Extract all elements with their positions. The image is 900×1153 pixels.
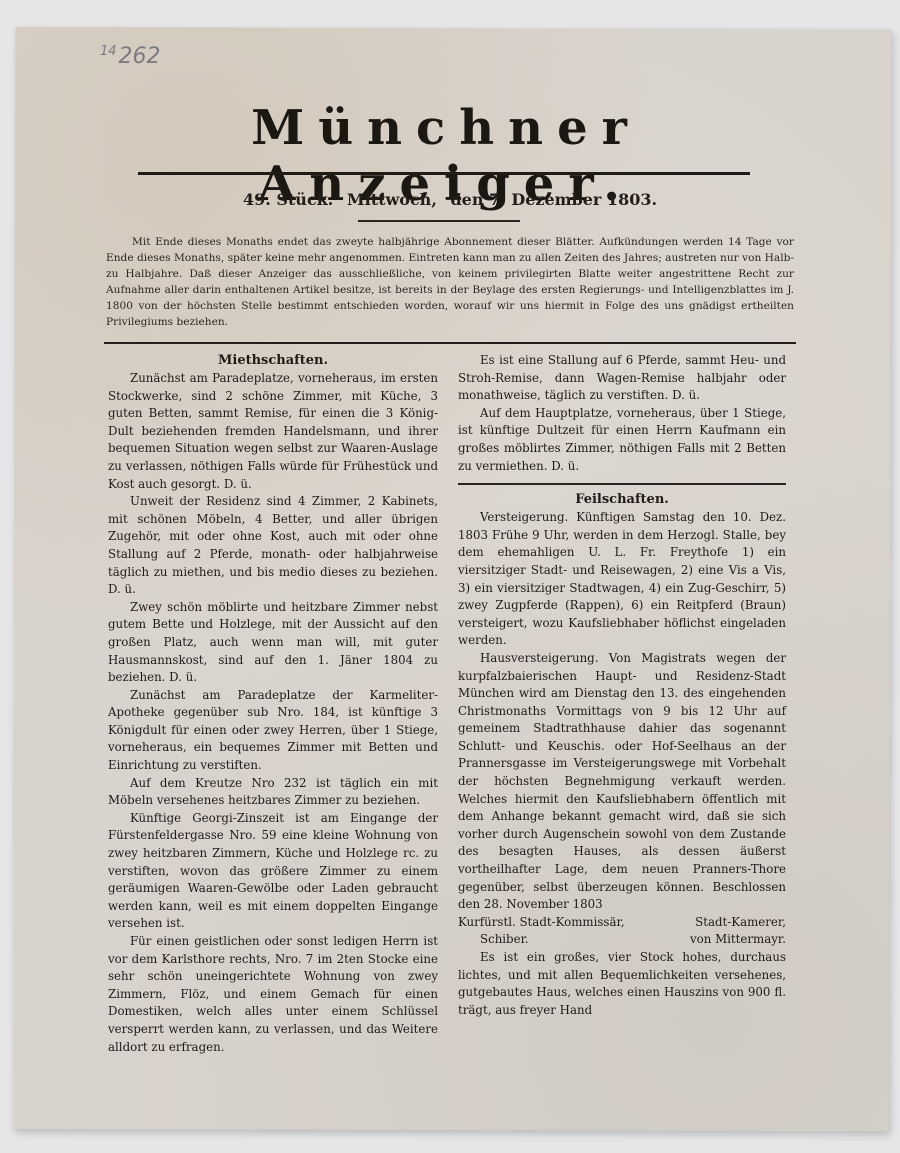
issue-number: 49. Stück. bbox=[243, 190, 333, 209]
subscription-notice: Mit Ende dieses Monaths endet das zweyte… bbox=[106, 234, 794, 330]
listing-paragraph: Zunächst am Paradeplatze der Karmeliter-… bbox=[108, 687, 438, 775]
listing-paragraph: Künftige Georgi-Zinszeit ist am Eingange… bbox=[108, 810, 438, 933]
listing-paragraph: Auf dem Kreutze Nro 232 ist täglich ein … bbox=[108, 775, 438, 810]
signature-names: Schiber. von Mittermayr. bbox=[458, 931, 786, 949]
auction-paragraph: Hausversteigerung. Von Magistrats wegen … bbox=[458, 650, 786, 914]
archive-note-number: 262 bbox=[119, 44, 161, 69]
listing-paragraph: Zwey schön möblirte und heitzbare Zimmer… bbox=[108, 599, 438, 687]
masthead-rule bbox=[138, 172, 750, 175]
right-column: Es ist eine Stallung auf 6 Pferde, sammt… bbox=[458, 352, 786, 1019]
section-rule bbox=[104, 342, 796, 344]
signature-left-title: Kurfürstl. Stadt-Kommissär, bbox=[458, 914, 625, 932]
listing-paragraph: Für einen geistlichen oder sonst ledigen… bbox=[108, 933, 438, 1056]
issue-line: 49. Stück. Mittwoch, den 7. Dezember 180… bbox=[100, 190, 800, 209]
issue-date: den 7. Dezember 1803. bbox=[450, 190, 657, 209]
house-sale-paragraph: Es ist ein großes, vier Stock hohes, dur… bbox=[458, 949, 786, 1019]
signature-right-name: von Mittermayr. bbox=[690, 931, 786, 949]
listing-paragraph: Es ist eine Stallung auf 6 Pferde, sammt… bbox=[458, 352, 786, 405]
issue-weekday: Mittwoch, bbox=[347, 190, 437, 209]
archive-pencil-note: 14262 bbox=[100, 44, 161, 69]
auction-paragraph: Versteigerung. Künftigen Samstag den 10.… bbox=[458, 509, 786, 650]
signature-left-name: Schiber. bbox=[480, 931, 529, 949]
signature-titles: Kurfürstl. Stadt-Kommissär, Stadt-Kamere… bbox=[458, 914, 786, 932]
section-heading-feilschaften: Feilschaften. bbox=[458, 491, 786, 509]
listing-paragraph: Zunächst am Paradeplatze, vorneheraus, i… bbox=[108, 370, 438, 493]
signature-right-title: Stadt-Kamerer, bbox=[695, 914, 786, 932]
listing-paragraph: Auf dem Hauptplatze, vorneheraus, über 1… bbox=[458, 405, 786, 475]
issue-rule bbox=[358, 220, 520, 222]
section-heading-miethschaften: Miethschaften. bbox=[108, 352, 438, 370]
listing-paragraph: Unweit der Residenz sind 4 Zimmer, 2 Kab… bbox=[108, 493, 438, 599]
archive-note-prefix: 14 bbox=[100, 44, 117, 59]
column-rule bbox=[458, 483, 786, 485]
left-column: Miethschaften. Zunächst am Paradeplatze,… bbox=[108, 352, 438, 1056]
